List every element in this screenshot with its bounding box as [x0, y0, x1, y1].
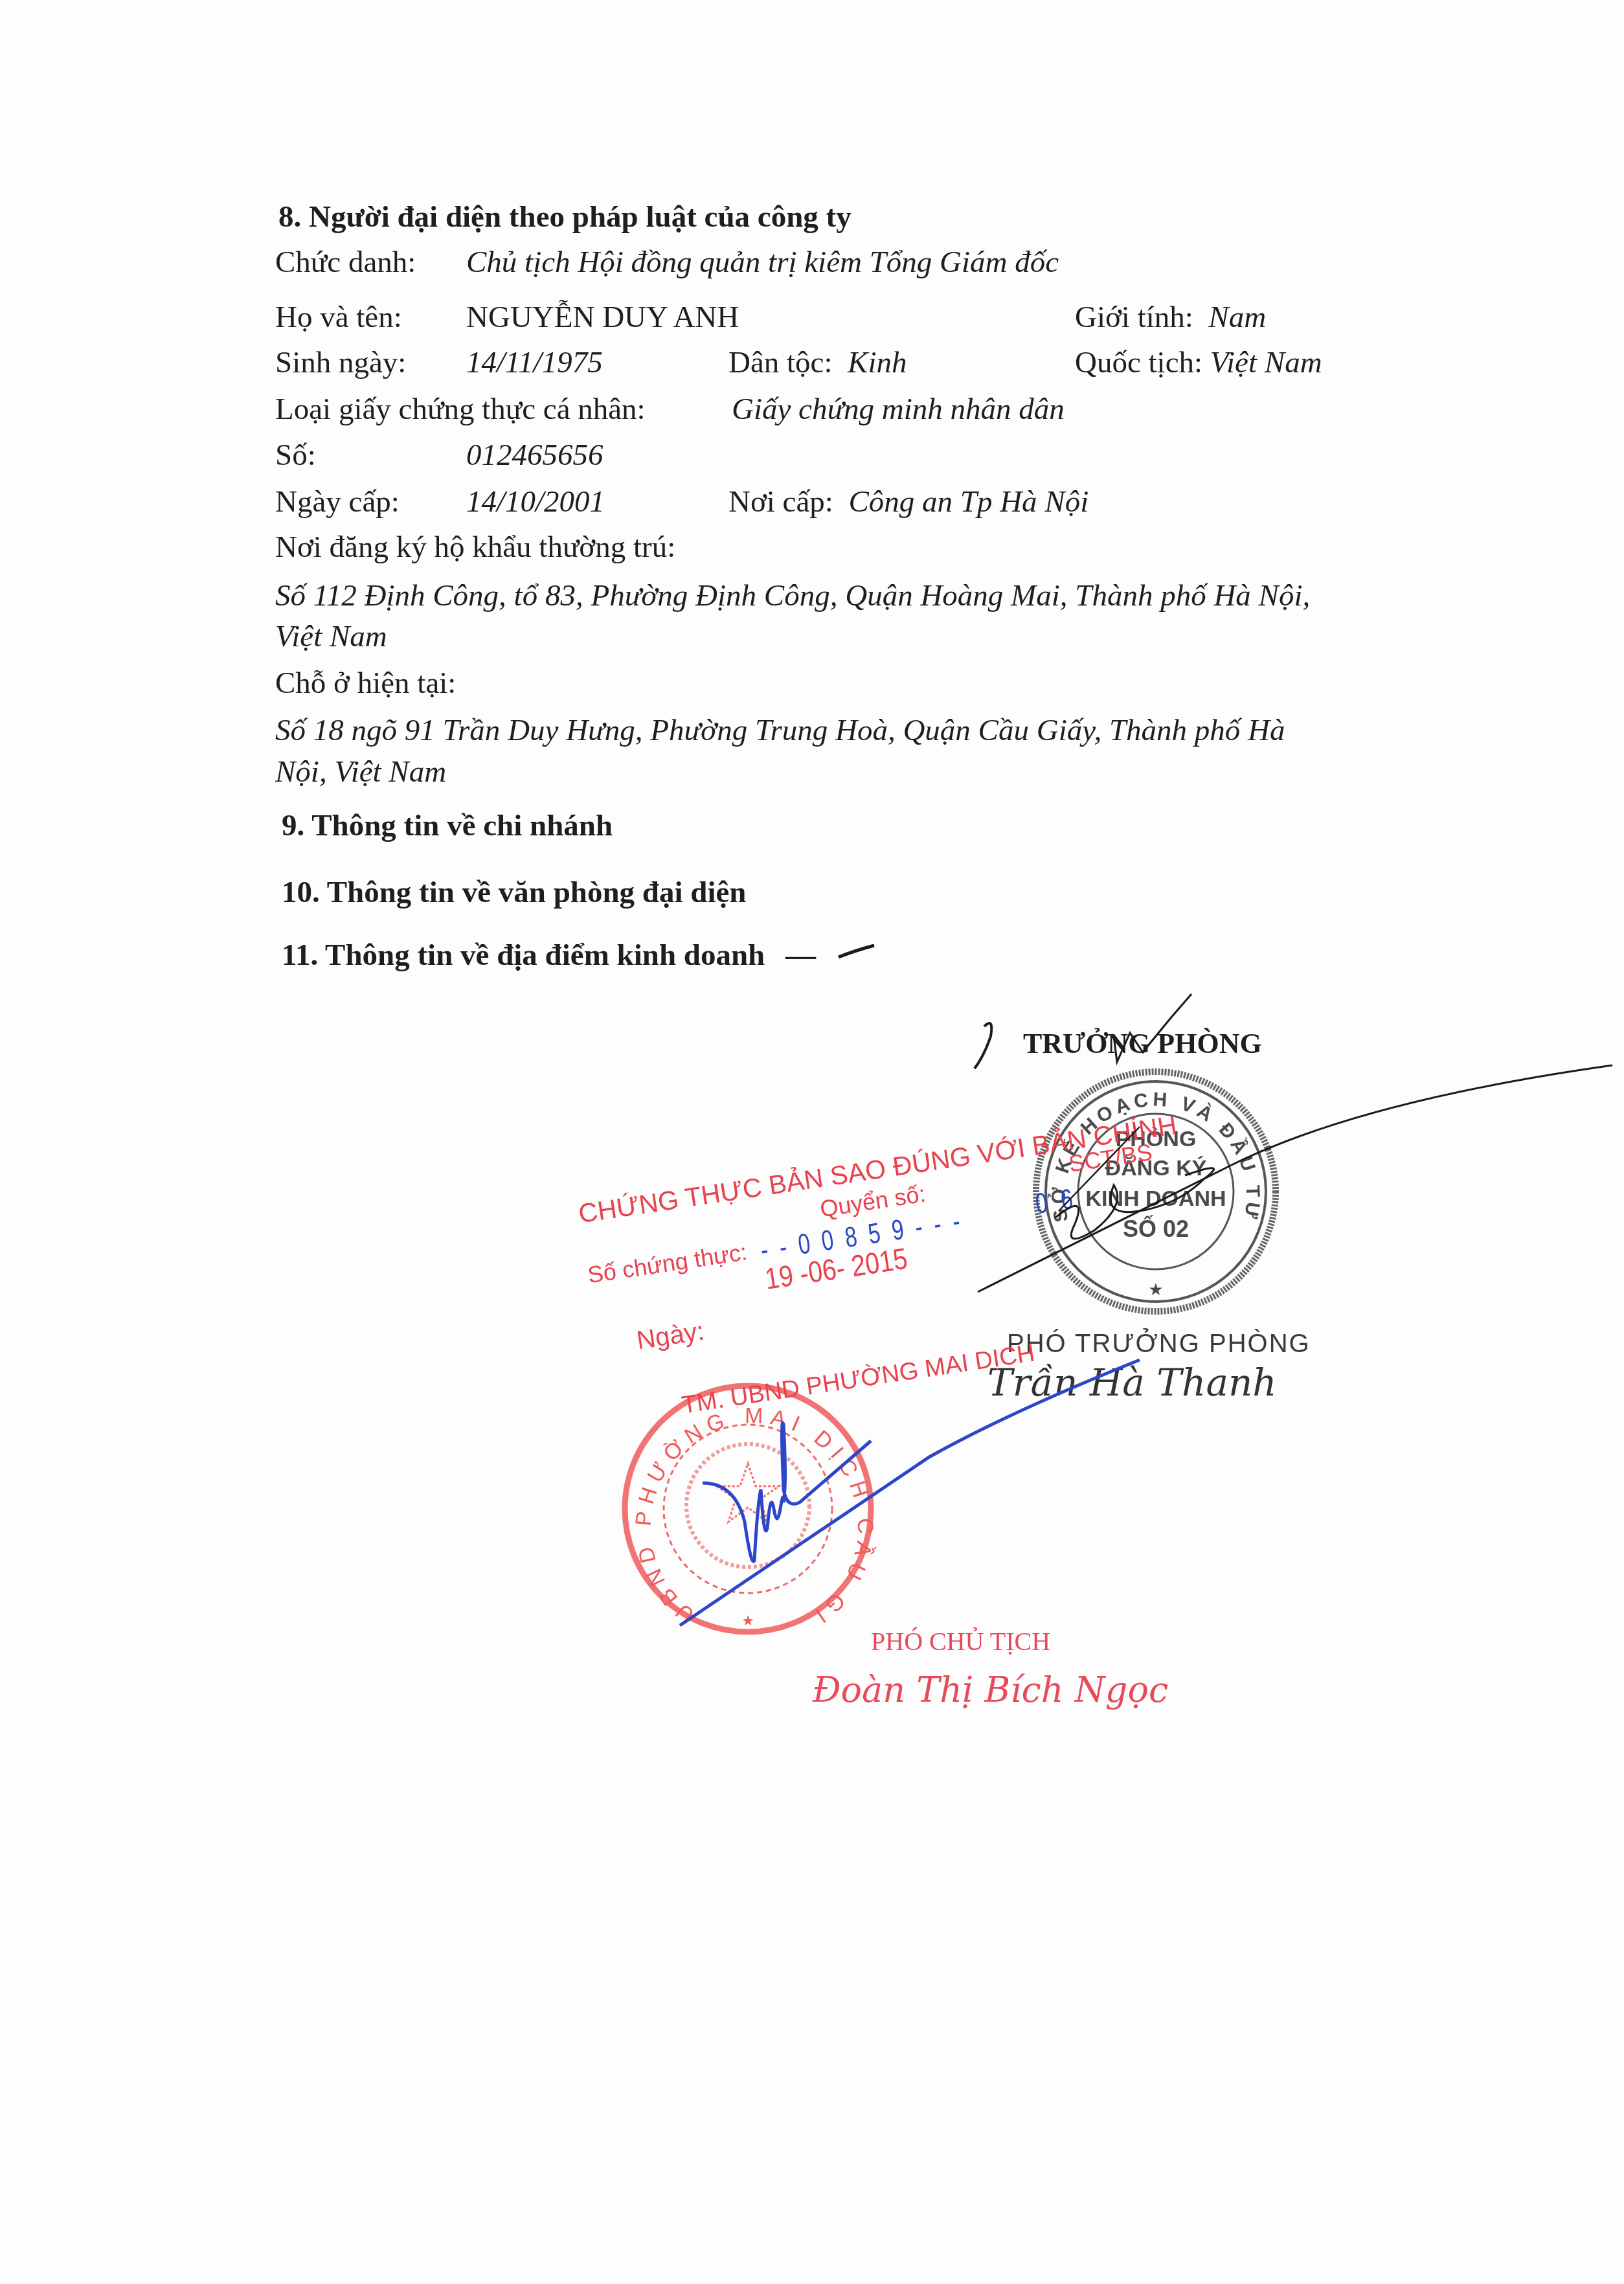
head-of-office-title: TRƯỞNG PHÒNG	[1023, 1024, 1262, 1063]
dob-label: Sinh ngày:	[275, 343, 466, 382]
document-page: 8. Người đại diện theo pháp luật của côn…	[0, 0, 1624, 2284]
current-address-line-1: Số 18 ngõ 91 Trần Duy Hưng, Phường Trung…	[275, 711, 1285, 750]
section-10-heading: 10. Thông tin về văn phòng đại diện	[282, 873, 746, 912]
ethnicity-row: Dân tộc: Kinh	[728, 343, 907, 382]
title-value: Chủ tịch Hội đồng quản trị kiêm Tổng Giá…	[466, 245, 1059, 279]
section-11-heading: 11. Thông tin về địa điểm kinh doanh —	[282, 936, 816, 975]
seal-star-icon: ★	[1148, 1280, 1163, 1300]
gender-value: Nam	[1208, 300, 1266, 334]
initial-mark-icon	[975, 1023, 991, 1069]
certification-date-label: Ngày:	[635, 1317, 706, 1355]
vice-chair-name: Đoàn Thị Bích Ngọc	[813, 1671, 1168, 1710]
nationality-label: Quốc tịch:	[1075, 346, 1202, 379]
gender-label: Giới tính:	[1075, 300, 1193, 334]
issue-date-label: Ngày cấp:	[275, 482, 466, 521]
dob-value: 14/11/1975	[466, 346, 603, 379]
title-label: Chức danh:	[275, 243, 466, 282]
vice-chair-title: PHÓ CHỦ TỊCH	[871, 1622, 1050, 1661]
name-value: NGUYỄN DUY ANH	[466, 300, 739, 334]
dob-row: Sinh ngày:14/11/1975	[275, 343, 603, 382]
section-9-heading: 9. Thông tin về chi nhánh	[282, 806, 613, 845]
permanent-address-label: Nơi đăng ký hộ khẩu thường trú:	[275, 528, 675, 567]
id-type-label: Loại giấy chứng thực cá nhân:	[275, 390, 732, 429]
issue-place-row: Nơi cấp: Công an Tp Hà Nội	[728, 482, 1088, 521]
deputy-head-title: PHÓ TRƯỞNG PHÒNG	[1007, 1324, 1311, 1363]
issue-place-label: Nơi cấp:	[728, 485, 833, 519]
current-address-line-2: Nội, Việt Nam	[275, 752, 446, 791]
name-label: Họ và tên:	[275, 298, 466, 337]
nationality-value: Việt Nam	[1210, 346, 1322, 379]
permanent-address-line-1: Số 112 Định Công, tổ 83, Phường Định Côn…	[275, 576, 1310, 615]
dash-mark: —	[785, 938, 816, 972]
id-number-row: Số:012465656	[275, 436, 603, 475]
ethnicity-value: Kinh	[848, 346, 907, 379]
id-number-value: 012465656	[466, 438, 603, 472]
issue-date-row: Ngày cấp:14/10/2001	[275, 482, 605, 521]
title-row: Chức danh:Chủ tịch Hội đồng quản trị kiê…	[275, 243, 1059, 282]
id-number-label: Số:	[275, 436, 466, 475]
ethnicity-label: Dân tộc:	[728, 346, 833, 379]
issue-date-value: 14/10/2001	[466, 485, 605, 519]
ward-seal-star-icon: ★	[741, 1613, 754, 1629]
section-11-heading-text: 11. Thông tin về địa điểm kinh doanh	[282, 938, 765, 972]
section-8-heading: 8. Người đại diện theo pháp luật của côn…	[278, 198, 851, 236]
id-type-row: Loại giấy chứng thực cá nhân:Giấy chứng …	[275, 390, 1065, 429]
nationality-row: Quốc tịch: Việt Nam	[1075, 343, 1322, 382]
id-type-value: Giấy chứng minh nhân dân	[732, 392, 1065, 426]
gender-row: Giới tính: Nam	[1075, 298, 1266, 337]
current-address-label: Chỗ ở hiện tại:	[275, 664, 456, 703]
issue-place-value: Công an Tp Hà Nội	[848, 485, 1088, 519]
name-row: Họ và tên:NGUYỄN DUY ANH	[275, 298, 739, 337]
permanent-address-line-2: Việt Nam	[275, 617, 387, 656]
deputy-head-name: Trần Hà Thanh	[987, 1363, 1277, 1402]
